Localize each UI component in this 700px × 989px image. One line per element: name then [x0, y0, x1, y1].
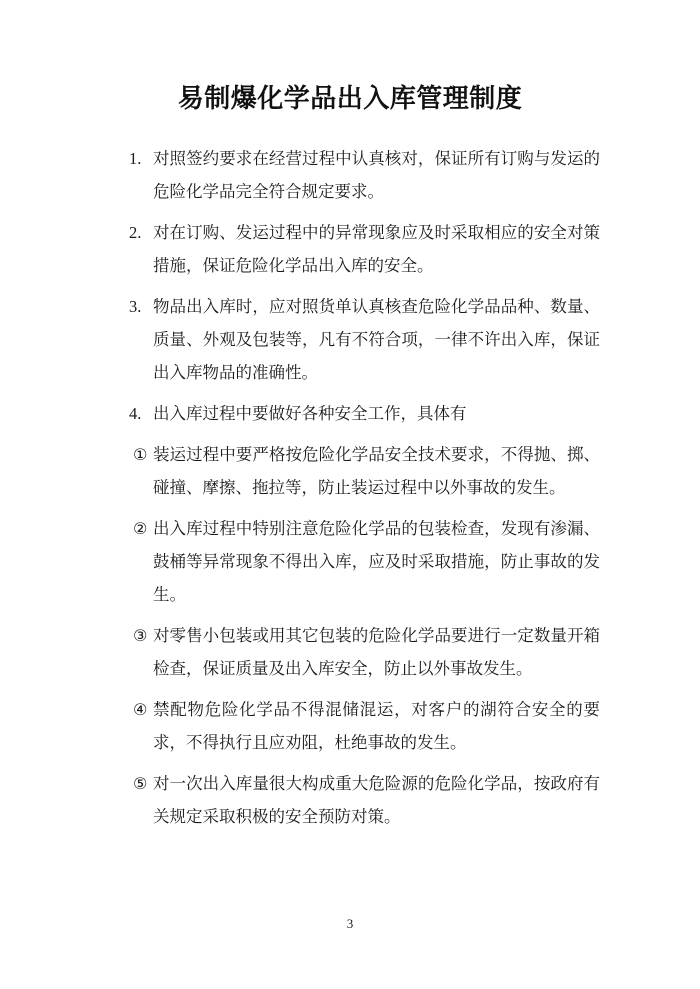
sub-list-item-2-text: 出入库过程中特别注意危险化学品的包装检查，发现有渗漏、鼓桶等异常现象不得出入库，… [153, 519, 600, 604]
sub-list-item-4-text: 禁配物危险化学品不得混储混运，对客户的湖符合安全的要求，不得执行且应劝阻，杜绝事… [153, 700, 600, 752]
sub-list-item-4: ④ 禁配物危险化学品不得混储混运，对客户的湖符合安全的要求，不得执行且应劝阻，杜… [153, 693, 600, 759]
page-title: 易制爆化学品出入库管理制度 [0, 0, 700, 114]
sub-list-item-5-text: 对一次出入库量很大构成重大危险源的危险化学品，按政府有关规定采取积极的安全预防对… [153, 774, 600, 826]
list-item-2-text: 对在订购、发运过程中的异常现象应及时采取相应的安全对策措施，保证危险化学品出入库… [153, 223, 600, 275]
sub-list-item-2: ② 出入库过程中特别注意危险化学品的包装检查，发现有渗漏、鼓桶等异常现象不得出入… [153, 512, 600, 611]
list-item-1: 1. 对照签约要求在经营过程中认真核对，保证所有订购与发运的危险化学品完全符合规… [153, 142, 600, 208]
sub-list-item-3-marker: ③ [133, 619, 147, 652]
list-item-2: 2. 对在订购、发运过程中的异常现象应及时采取相应的安全对策措施，保证危险化学品… [153, 216, 600, 282]
sub-list-item-3-text: 对零售小包装或用其它包装的危险化学品要进行一定数量开箱检查，保证质量及出入库安全… [153, 626, 600, 678]
sub-list-item-2-marker: ② [133, 512, 147, 545]
list-item-3-marker: 3. [129, 290, 141, 323]
sub-list-item-5-marker: ⑤ [133, 767, 147, 800]
document-page: 易制爆化学品出入库管理制度 1. 对照签约要求在经营过程中认真核对，保证所有订购… [0, 0, 700, 989]
list-item-1-text: 对照签约要求在经营过程中认真核对，保证所有订购与发运的危险化学品完全符合规定要求… [153, 149, 600, 201]
page-number: 3 [0, 916, 700, 932]
list-item-4-marker: 4. [129, 397, 141, 430]
sub-list-item-3: ③ 对零售小包装或用其它包装的危险化学品要进行一定数量开箱检查，保证质量及出入库… [153, 619, 600, 685]
list-item-1-marker: 1. [129, 142, 141, 175]
sub-list-item-1-text: 装运过程中要严格按危险化学品安全技术要求，不得抛、掷、碰撞、摩擦、拖拉等，防止装… [153, 445, 600, 497]
list-item-4-text: 出入库过程中要做好各种安全工作，具体有 [153, 404, 467, 423]
list-item-2-marker: 2. [129, 216, 141, 249]
sub-list-item-1-marker: ① [133, 438, 147, 471]
document-body: 1. 对照签约要求在经营过程中认真核对，保证所有订购与发运的危险化学品完全符合规… [153, 142, 600, 833]
list-item-3-text: 物品出入库时，应对照货单认真核查危险化学品品种、数量、质量、外观及包装等，凡有不… [153, 297, 600, 382]
list-item-4: 4. 出入库过程中要做好各种安全工作，具体有 [153, 397, 600, 430]
sub-list-item-4-marker: ④ [133, 693, 147, 726]
sub-list-item-1: ① 装运过程中要严格按危险化学品安全技术要求，不得抛、掷、碰撞、摩擦、拖拉等，防… [153, 438, 600, 504]
list-item-3: 3. 物品出入库时，应对照货单认真核查危险化学品品种、数量、质量、外观及包装等，… [153, 290, 600, 389]
sub-list-item-5: ⑤ 对一次出入库量很大构成重大危险源的危险化学品，按政府有关规定采取积极的安全预… [153, 767, 600, 833]
